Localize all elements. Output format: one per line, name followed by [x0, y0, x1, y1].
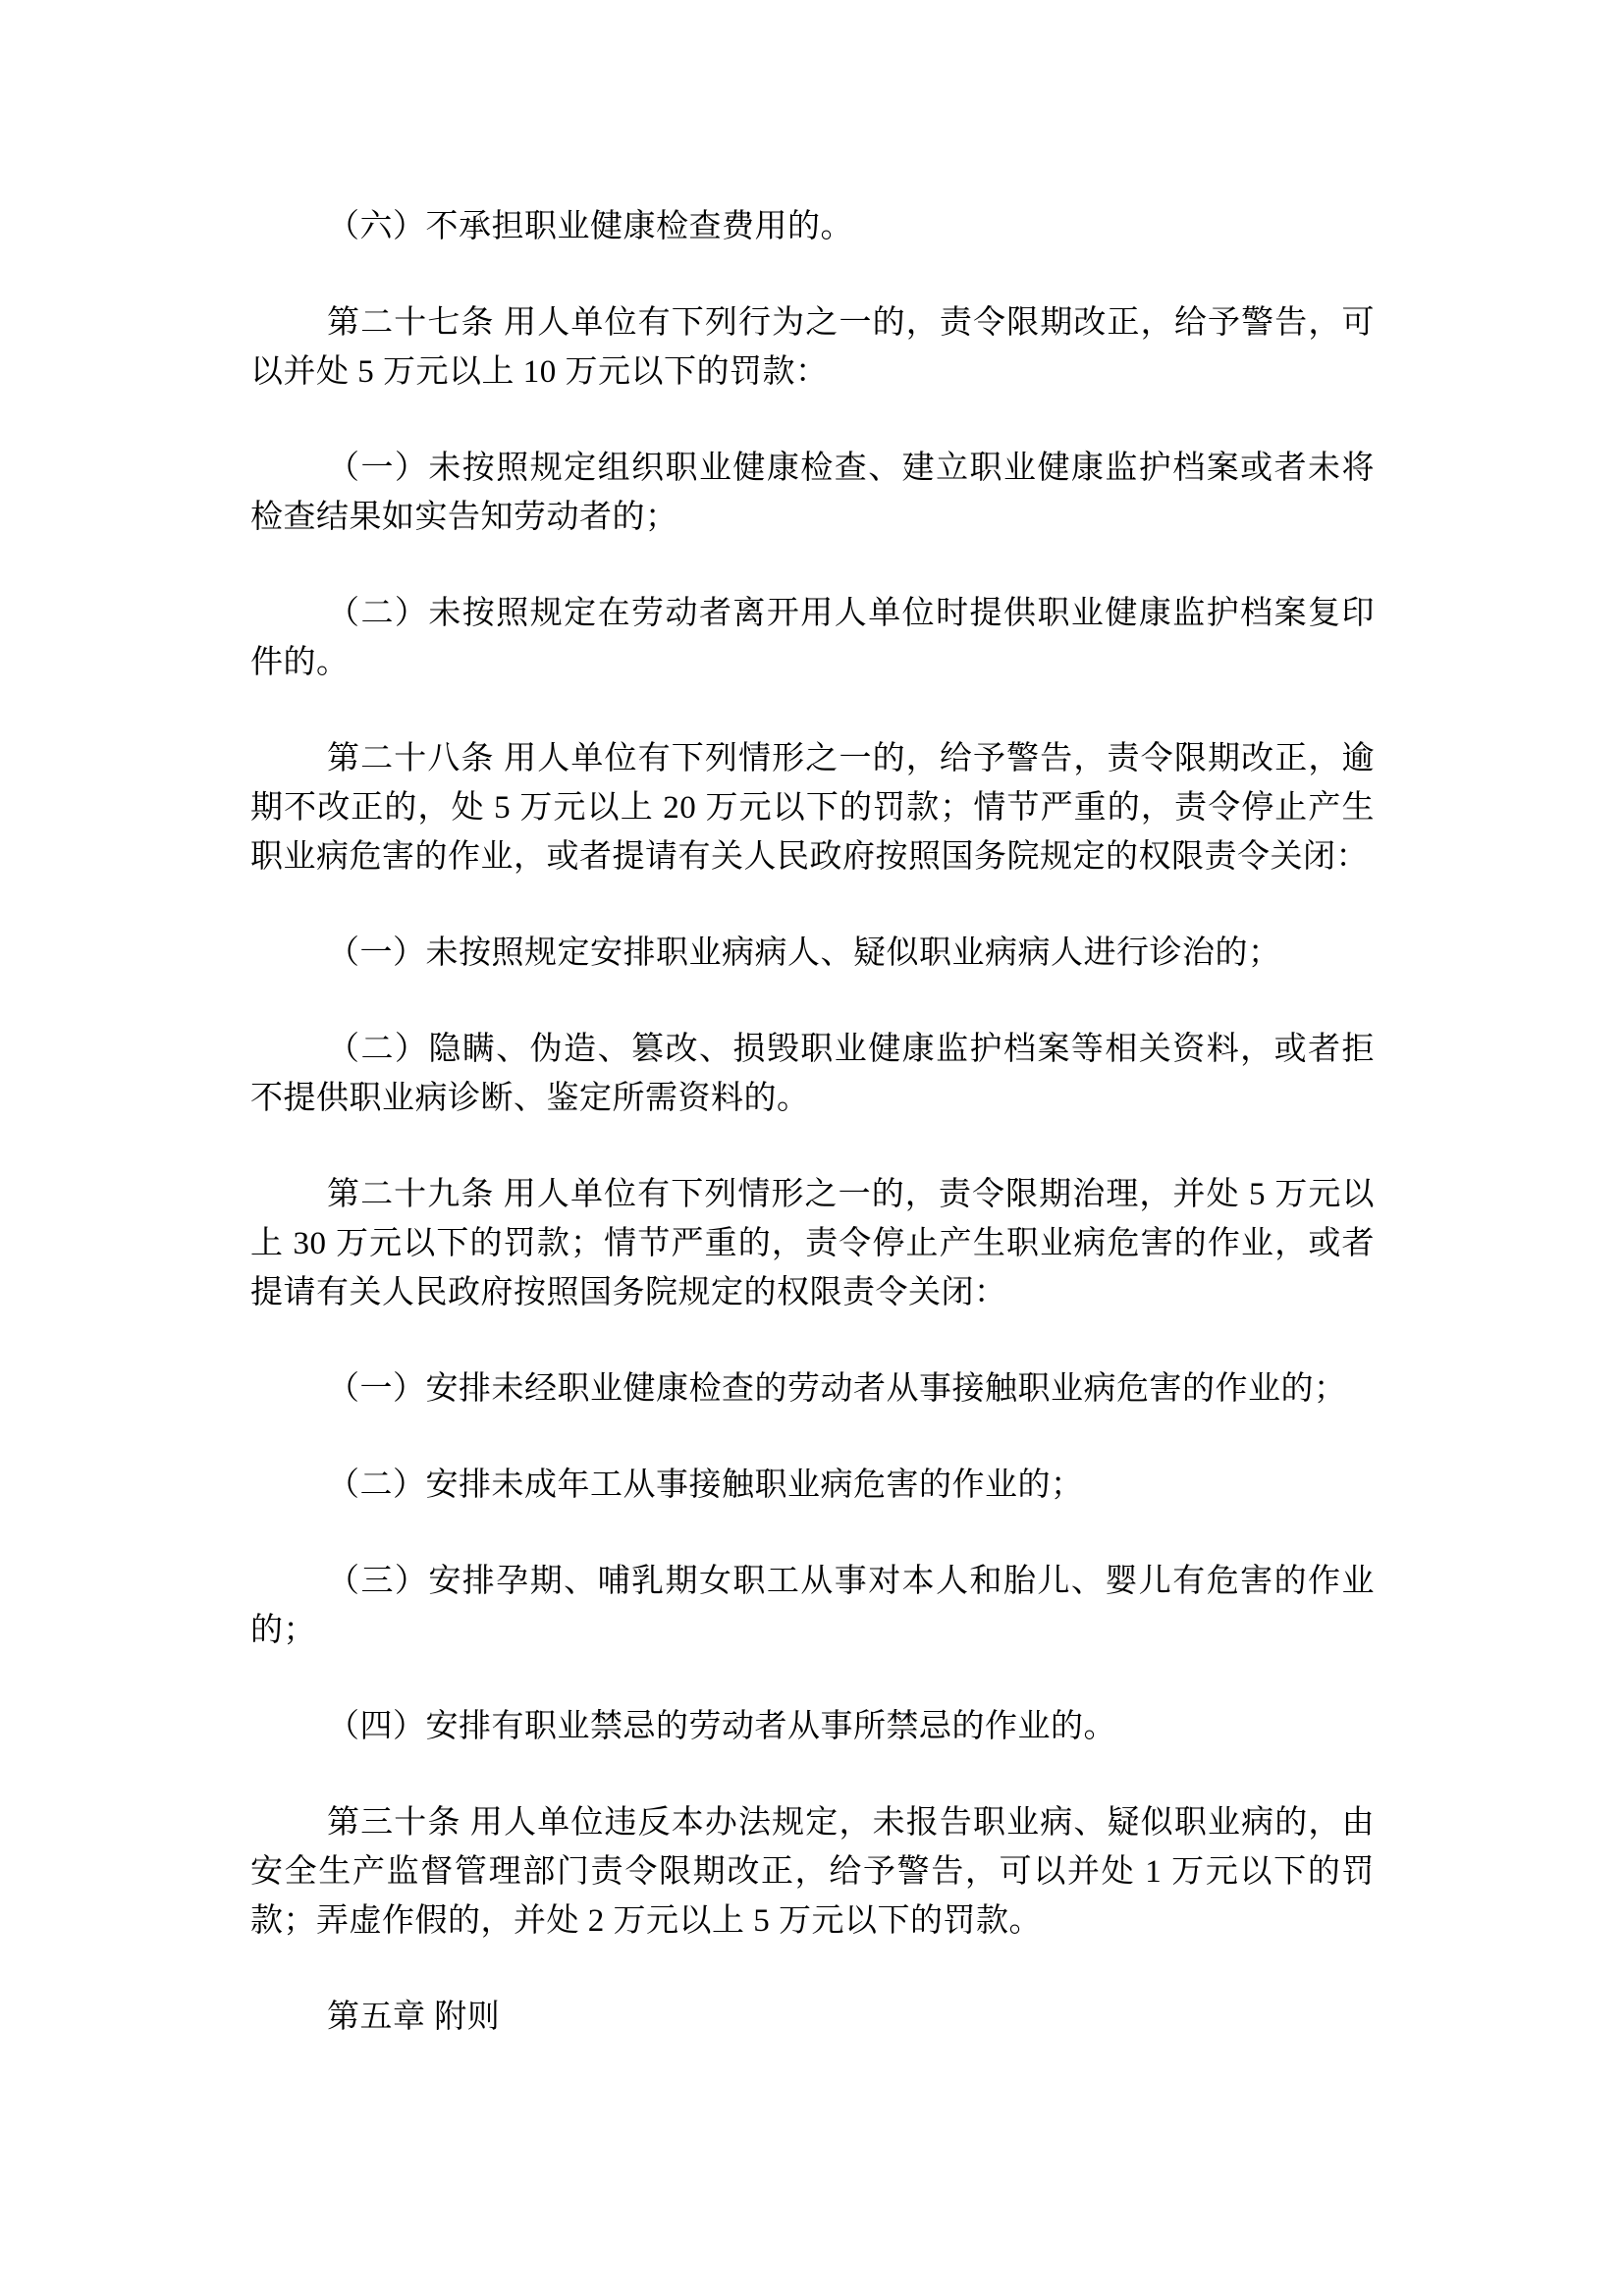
article-28: 第二十八条 用人单位有下列情形之一的，给予警告，责令限期改正，逾期不改正的，处 …: [250, 734, 1375, 881]
article-29-item-2: （二）安排未成年工从事接触职业病危害的作业的；: [250, 1461, 1375, 1510]
article-30: 第三十条 用人单位违反本办法规定，未报告职业病、疑似职业病的，由安全生产监督管理…: [250, 1798, 1375, 1946]
article-29-item-4: （四）安排有职业禁忌的劳动者从事所禁忌的作业的。: [250, 1702, 1375, 1751]
article-27-item-2: （二）未按照规定在劳动者离开用人单位时提供职业健康监护档案复印件的。: [250, 589, 1375, 687]
article-29-item-1: （一）安排未经职业健康检查的劳动者从事接触职业病危害的作业的；: [250, 1364, 1375, 1414]
article-29-item-3: （三）安排孕期、哺乳期女职工从事对本人和胎儿、婴儿有危害的作业的；: [250, 1557, 1375, 1655]
article-27-item-1: （一）未按照规定组织职业健康检查、建立职业健康监护档案或者未将检查结果如实告知劳…: [250, 444, 1375, 542]
article-27: 第二十七条 用人单位有下列行为之一的，责令限期改正，给予警告，可以并处 5 万元…: [250, 298, 1375, 397]
article-29: 第二十九条 用人单位有下列情形之一的，责令限期治理，并处 5 万元以上 30 万…: [250, 1170, 1375, 1317]
article-28-item-2: （二）隐瞒、伪造、篡改、损毁职业健康监护档案等相关资料，或者拒不提供职业病诊断、…: [250, 1025, 1375, 1123]
clause-vi: （六）不承担职业健康检查费用的。: [250, 202, 1375, 251]
chapter-5-heading: 第五章 附则: [250, 1993, 1375, 2042]
document-page: （六）不承担职业健康检查费用的。 第二十七条 用人单位有下列行为之一的，责令限期…: [0, 0, 1624, 2296]
article-28-item-1: （一）未按照规定安排职业病病人、疑似职业病病人进行诊治的；: [250, 929, 1375, 978]
